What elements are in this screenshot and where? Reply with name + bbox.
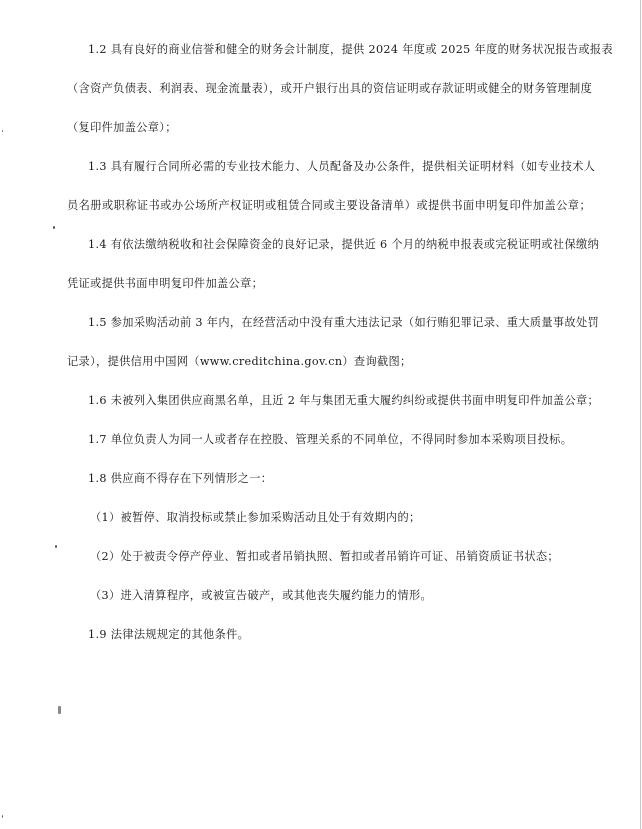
paragraph-line: 1.5 参加采购活动前 3 年内，在经营活动中没有重大违法记录（如行贿犯罪记录、… [88, 316, 591, 330]
scan-speck [2, 815, 3, 818]
paragraph-line: 凭证或提供书面申明复印件加盖公章； [67, 277, 263, 291]
paragraph-line: 员名册或职称证书或办公场所产权证明或租赁合同或主要设备清单）或提供书面申明复印件… [67, 199, 591, 213]
document-page: 1.2 具有良好的商业信誉和健全的财务会计制度，提供 2024 年度或 2025… [0, 0, 642, 829]
paragraph-line: 1.6 未被列入集团供应商黑名单，且近 2 年与集团无重大履约纠纷或提供书面申明… [88, 394, 599, 408]
paragraph-line: 1.7 单位负责人为同一人或者存在控股、管理关系的不同单位，不得同时参加本采购项… [88, 433, 572, 447]
paragraph-line: （含资产负债表、利润表、现金流量表），或开户银行出具的资信证明或存款证明或健全的… [67, 82, 591, 96]
list-item-line: （1）被暂停、取消投标或禁止参加采购活动且处于有效期内的； [90, 511, 421, 525]
list-item-line: （3）进入清算程序，或被宣告破产，或其他丧失履约能力的情形。 [90, 589, 432, 603]
paragraph-line: 1.2 具有良好的商业信誉和健全的财务会计制度，提供 2024 年度或 2025… [88, 43, 591, 57]
scan-speck [2, 130, 3, 132]
paragraph-line: 1.4 有依法缴纳税收和社会保障资金的良好记录，提供近 6 个月的纳税申报表或完… [88, 238, 591, 252]
scan-edge-line [640, 0, 641, 829]
scan-speck [58, 706, 61, 714]
paragraph-line: 记录），提供信用中国网（www.creditchina.gov.cn）查询截图； [67, 355, 412, 369]
scan-speck [55, 545, 57, 548]
paragraph-line: 1.8 供应商不得存在下列情形之一： [88, 472, 272, 486]
scan-speck [53, 226, 55, 229]
paragraph-line: 1.9 法律法规规定的其他条件。 [88, 628, 249, 642]
list-item-line: （2）处于被责令停产停业、暂扣或者吊销执照、暂扣或者吊销许可证、吊销资质证书状态… [90, 550, 559, 564]
paragraph-line: （复印件加盖公章）； [67, 121, 177, 135]
paragraph-line: 1.3 具有履行合同所必需的专业技术能力、人员配备及办公条件，提供相关证明材料（… [88, 160, 591, 174]
